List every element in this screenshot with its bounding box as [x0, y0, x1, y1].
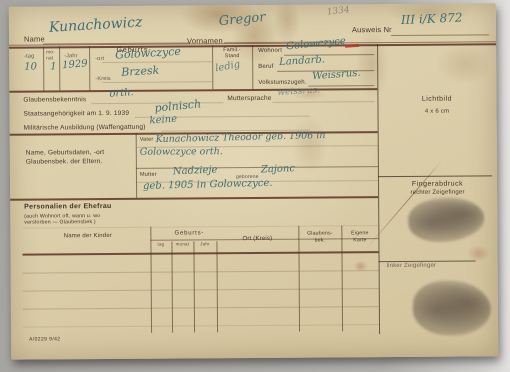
children-jahr-header: Jahr: [194, 241, 215, 246]
birth-tag-label: -tag: [24, 54, 34, 60]
birth-col-divider: [89, 46, 90, 90]
name-value: Kunachowicz: [49, 14, 143, 36]
lichtbild-label: Lichtbild: [377, 95, 496, 103]
registration-card: Name Kunachowicz Vornamen Gregor 1334 Au…: [9, 3, 498, 359]
vater-label: Vater: [140, 137, 154, 143]
wohnort-value: Golowczyce: [286, 36, 347, 53]
mutter-label: Mutter: [140, 172, 157, 178]
staats-value: polnisch: [154, 97, 202, 114]
glaubens-label: Glaubensbekenntnis: [23, 96, 86, 103]
glaubens-value: orth.: [109, 87, 134, 100]
birth-kreis-line: [102, 81, 212, 83]
vornamen-value: Gregor: [218, 10, 266, 29]
table-vline: [171, 242, 173, 333]
wohnort-label: Wohnort: [258, 48, 282, 54]
birth-monat-value: 1: [50, 61, 56, 72]
famil-stand-value: ledig: [214, 59, 241, 74]
mutter-maiden-name: Zajonc: [261, 163, 296, 175]
birth-tag-value: 10: [24, 62, 37, 73]
fingerprint-smudge-left: [412, 279, 492, 337]
famil-stand-label: Stand: [213, 53, 251, 59]
fingerprint-section-rule: [378, 175, 492, 177]
muttersprache-line: [272, 101, 374, 103]
children-name-header: Name der Kinder: [30, 233, 145, 240]
ausweis-underline: [391, 34, 489, 36]
section-rule: [10, 196, 378, 201]
children-karte-header: Eigene: [341, 230, 378, 236]
volkstum-label: Volkstumszugeh.: [258, 80, 306, 86]
fingerprint-left-label: linker Zeigefinger: [387, 263, 437, 269]
muttersprache-label: Muttersprache: [227, 95, 271, 102]
birth-ort-value: Golowczyce: [115, 45, 181, 62]
vater-value: Golowczyce orth.: [140, 146, 223, 158]
table-header-rule: [22, 251, 378, 255]
staatsangehoerigkeit-label: Staatsangehörigkeit am 1. 9. 1939: [23, 110, 129, 118]
table-row-line: [23, 270, 379, 273]
beruf-label: Beruf: [258, 64, 273, 70]
children-glaubens-header: Glaubens-: [298, 230, 341, 236]
ehefrau-subtitle: verstorben — Glaubensbek.): [24, 219, 96, 225]
birth-col-divider: [43, 46, 44, 90]
children-glaubens-header: bek.: [298, 237, 341, 243]
section-rule: [9, 88, 377, 93]
beruf-value: Landarb.: [279, 54, 325, 68]
mutter-name: Nadzieje: [173, 164, 218, 177]
famil-box-right: [252, 45, 253, 89]
fingerprint-right-label: rechter Zeigefinger: [378, 189, 497, 196]
birth-kreis-value: Brzesk: [121, 64, 160, 79]
table-row-line: [23, 306, 379, 309]
ehefrau-title: Personalien der Ehefrau: [24, 203, 111, 211]
parents-label: Name, Geburtsdaten, -ort: [26, 149, 105, 157]
table-top-line: [22, 225, 378, 228]
table-vline: [216, 241, 218, 332]
mutter-value: geb. 1905 in Golowczyce.: [143, 178, 273, 192]
parents-divider: [136, 133, 137, 198]
ausweis-value: III i/K 872: [401, 10, 463, 27]
ausweis-label: Ausweis Nr: [352, 25, 392, 34]
table-row-line: [23, 324, 379, 327]
lichtbild-size: 4 x 6 cm: [377, 108, 496, 115]
table-vline: [193, 241, 195, 332]
birth-monat-label: mo-: [46, 50, 55, 55]
militaer-label: Militärische Ausbildung (Waffengattung): [24, 124, 146, 132]
table-row-line: [23, 288, 379, 291]
name-label: Name: [24, 34, 45, 43]
photo-background: Name Kunachowicz Vornamen Gregor 1334 Au…: [0, 0, 510, 372]
muttersprache-value: weissrus.: [277, 85, 320, 98]
fingerprint-title: Fingerabdruck: [378, 180, 497, 188]
militaer-value: keine: [149, 114, 177, 127]
vornamen-label: Vornamen: [187, 36, 223, 45]
children-tag-header: tag: [151, 242, 170, 247]
form-number: A/0229 9/42: [29, 336, 60, 342]
children-ort-header: Ort (Kreis): [216, 236, 298, 243]
parents-label: Glaubensbek. der Eltern.: [26, 158, 103, 166]
fingerprint-smudge-right: [407, 195, 486, 245]
children-monat-header: monat: [172, 241, 192, 246]
birth-col-divider: [59, 46, 60, 90]
pencil-number: 1334: [326, 5, 350, 17]
red-check-mark: [345, 44, 359, 47]
volkstum-value: Weissrus.: [312, 68, 361, 83]
birth-jahr-value: 1929: [62, 58, 88, 71]
